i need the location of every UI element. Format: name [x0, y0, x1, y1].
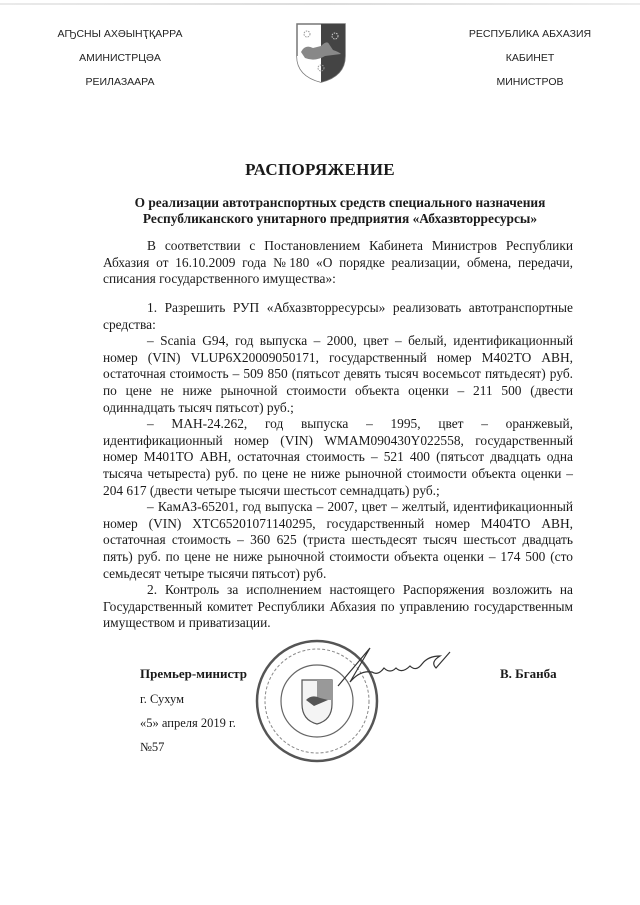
- coat-of-arms-icon: [295, 22, 347, 84]
- vehicle-man: – МАН-24.262, год выпуска – 1995, цвет –…: [103, 416, 573, 499]
- vehicle-kamaz: – КамАЗ-65201, год выпуска – 2007, цвет …: [103, 499, 573, 582]
- header-left-line3: РЕИЛАЗААРА: [30, 70, 210, 94]
- issue-city: г. Сухум: [140, 692, 184, 707]
- intro-paragraph: В соответствии с Постановлением Кабинета…: [103, 238, 573, 288]
- subtitle-line2: Республиканского унитарного предприятия …: [100, 211, 580, 227]
- subtitle-line1: О реализации автотранспортных средств сп…: [100, 195, 580, 211]
- item-1: 1. Разрешить РУП «Абхазвторресурсы» реал…: [103, 300, 573, 333]
- scan-edge-line: [0, 3, 640, 5]
- header-left-line1: АҦСНЫ АХӘЫНҬҚАРРА: [30, 22, 210, 46]
- document-title: РАСПОРЯЖЕНИЕ: [0, 160, 640, 180]
- header-right-line1: РЕСПУБЛИКА АБХАЗИЯ: [440, 22, 620, 46]
- document-subtitle: О реализации автотранспортных средств сп…: [100, 195, 580, 227]
- header-russian: РЕСПУБЛИКА АБХАЗИЯ КАБИНЕТ МИНИСТРОВ: [440, 22, 620, 94]
- header-abkhaz: АҦСНЫ АХӘЫНҬҚАРРА АМИНИСТРЦӘА РЕИЛАЗААРА: [30, 22, 210, 94]
- item-2: 2. Контроль за исполнением настоящего Ра…: [103, 582, 573, 632]
- vehicle-scania: – Scania G94, год выпуска – 2000, цвет –…: [103, 333, 573, 416]
- document-number: №57: [140, 740, 164, 755]
- handwritten-signature-icon: [330, 642, 470, 692]
- signatory-position: Премьер-министр: [140, 666, 247, 682]
- signatory-name: В. Бганба: [500, 666, 557, 682]
- header-left-line2: АМИНИСТРЦӘА: [30, 46, 210, 70]
- intro-paragraph-block: В соответствии с Постановлением Кабинета…: [103, 238, 573, 288]
- issue-date: «5» апреля 2019 г.: [140, 716, 236, 731]
- header-right-line3: МИНИСТРОВ: [440, 70, 620, 94]
- header-right-line2: КАБИНЕТ: [440, 46, 620, 70]
- resolution-items: 1. Разрешить РУП «Абхазвторресурсы» реал…: [103, 300, 573, 632]
